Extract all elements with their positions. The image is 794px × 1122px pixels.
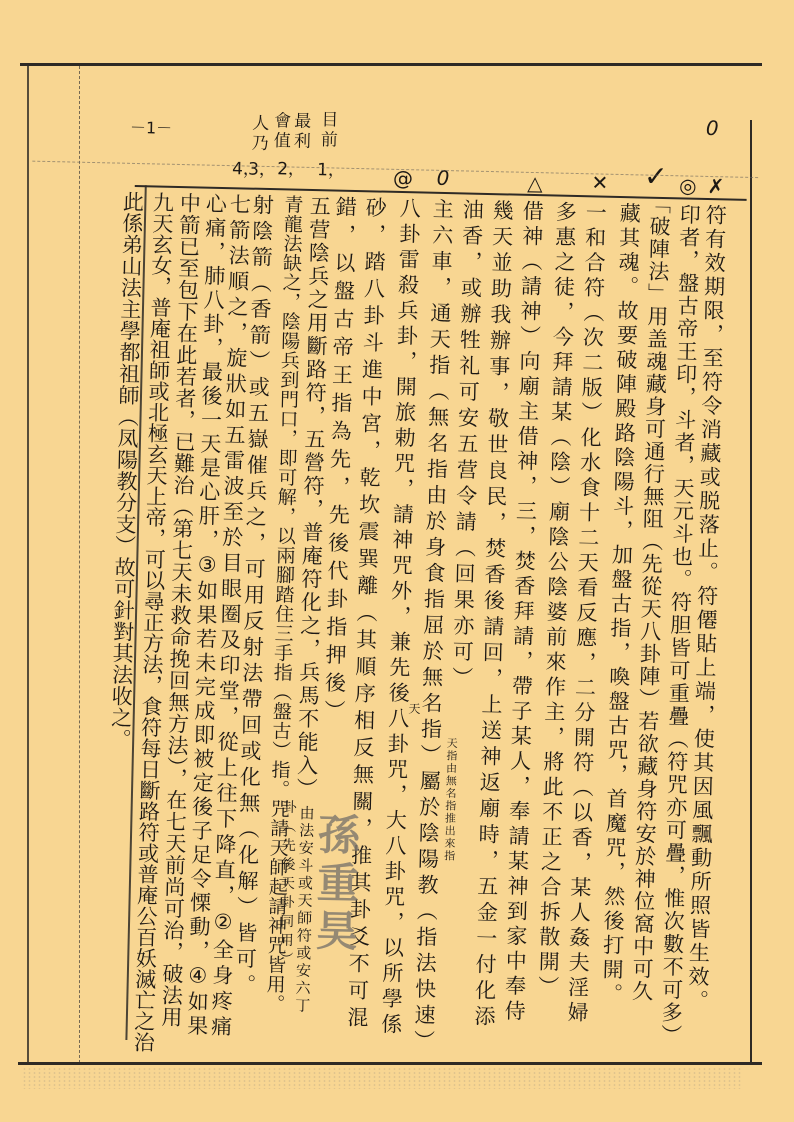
crossed-star-icon: ✗ <box>705 174 728 198</box>
annotation-heaven-mark: 天 <box>407 702 421 714</box>
triangle-icon: △ <box>524 171 547 195</box>
legend-label-2: 最利 <box>290 111 311 151</box>
legend-label-1: 目前 <box>317 110 338 150</box>
corner-zero-mark: 0 <box>701 116 724 140</box>
annotation-finger-note: 天指由無名指推出來指 <box>443 737 459 862</box>
legend-number-3: 3， <box>248 160 276 181</box>
document-sheet: －1－ 目前 最利 會值 人乃 4， 3， 2， 1， @ 0 △ ✕ ✓ ◎ … <box>0 0 794 1122</box>
legend-number-1: 1， <box>317 160 345 181</box>
check-icon: ✓ <box>644 162 667 192</box>
page-number: －1－ <box>128 118 174 139</box>
signature-stamp: 孫重昊 <box>308 812 361 957</box>
legend-label-3: 會值 <box>270 111 291 151</box>
double-circle-icon: ◎ <box>677 173 700 197</box>
legend-number-2: 2， <box>277 159 305 180</box>
legend-label-4: 人乃 <box>248 114 269 154</box>
